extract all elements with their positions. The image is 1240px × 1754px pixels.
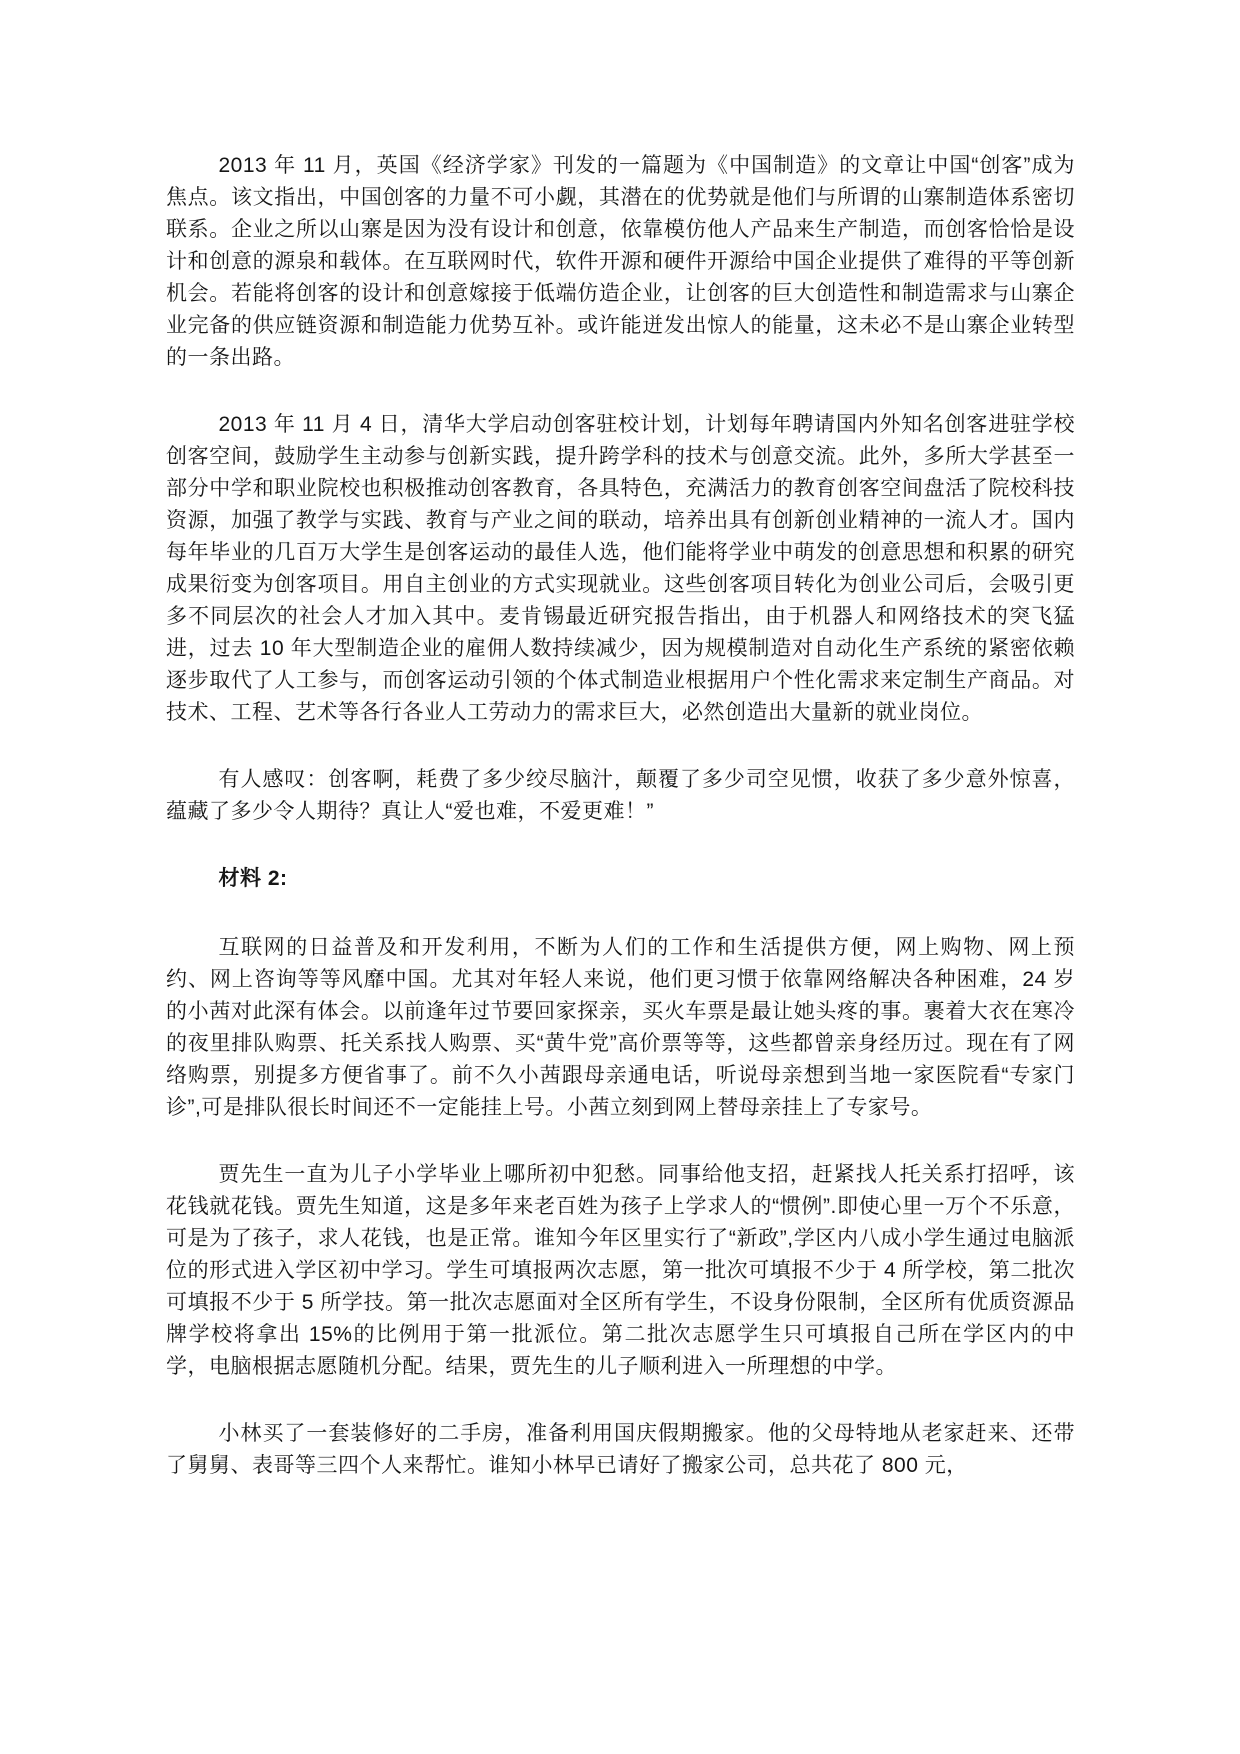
document-page: 2013 年 11 月，英国《经济学家》刊发的一篇题为《中国制造》的文章让中国“… xyxy=(0,0,1240,1754)
material-2-heading: 材料 2: xyxy=(166,863,1075,895)
paragraph-maker-economist-article: 2013 年 11 月，英国《经济学家》刊发的一篇题为《中国制造》的文章让中国“… xyxy=(166,150,1075,374)
paragraph-maker-exclamation: 有人感叹：创客啊，耗费了多少绞尽脑汁，颠覆了多少司空见惯，收获了多少意外惊喜，蕴… xyxy=(166,764,1075,828)
paragraph-xiaolin-moving: 小林买了一套装修好的二手房，准备利用国庆假期搬家。他的父母特地从老家赶来、还带了… xyxy=(166,1418,1075,1482)
paragraph-internet-convenience-xiaoqian: 互联网的日益普及和开发利用，不断为人们的工作和生活提供方便，网上购物、网上预约、… xyxy=(166,932,1075,1124)
paragraph-tsinghua-maker-program: 2013 年 11 月 4 日，清华大学启动创客驻校计划，计划每年聘请国内外知名… xyxy=(166,409,1075,729)
paragraph-mr-jia-school-admission: 贾先生一直为儿子小学毕业上哪所初中犯愁。同事给他支招，赶紧找人托关系打招呼，该花… xyxy=(166,1159,1075,1383)
document-content: 2013 年 11 月，英国《经济学家》刊发的一篇题为《中国制造》的文章让中国“… xyxy=(166,150,1075,1517)
